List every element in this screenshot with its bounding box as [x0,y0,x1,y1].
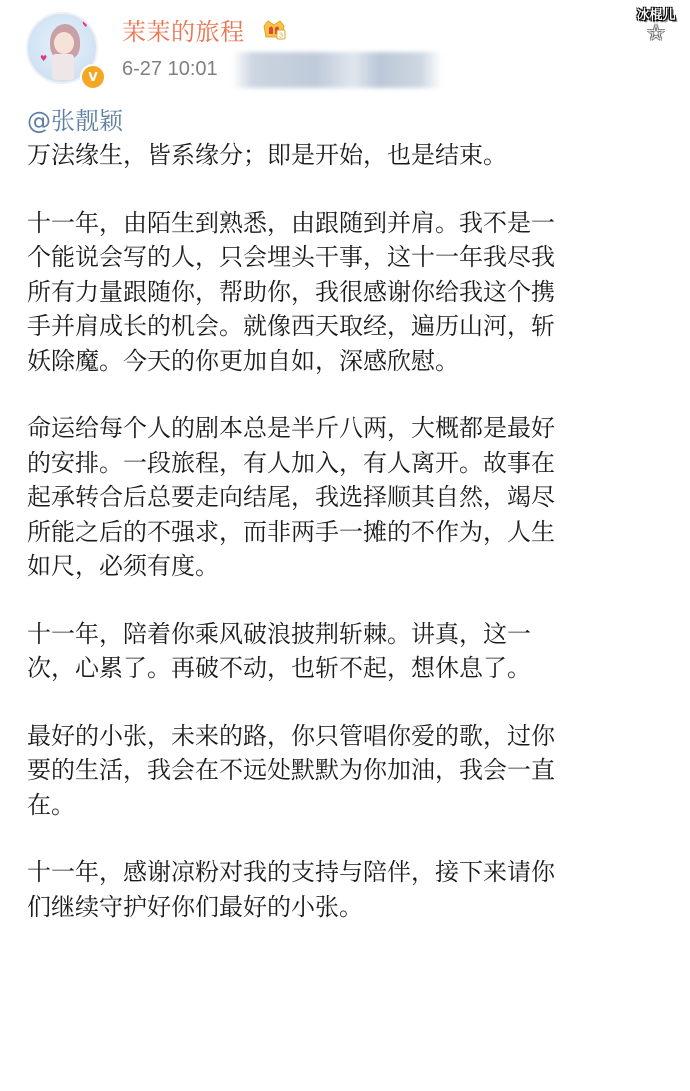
post-timestamp: 6-27 10:01 [122,58,218,81]
text-line: 在。 [27,788,667,823]
text-line: 的安排。一段旅程，有人加入，有人离开。故事在 [27,446,667,481]
text-line: 所有力量跟随你，帮助你，我很感谢你给我这个携 [27,275,667,310]
paragraph-5: 最好的小张，未来的路，你只管唱你爱的歌，过你 要的生活，我会在不远处默默为你加油… [27,719,667,823]
watermark: 冰棍儿 ☆ [628,8,684,48]
paragraph-3: 命运给每个人的剧本总是半斤八两，大概都是最好 的安排。一段旅程，有人加入，有人离… [27,411,667,584]
paragraph-1: 万法缘生，皆系缘分；即是开始，也是结束。 [27,138,667,173]
text-line: 次，心累了。再破不动，也斩不起，想休息了。 [27,651,667,686]
text-line: 起承转合后总要走向结尾，我选择顺其自然，竭尽 [27,480,667,515]
heart-icon: ♥ [82,20,89,29]
text-line: 手并肩成长的机会。就像西天取经，遍历山河，斩 [27,309,667,344]
text-line: 十一年，由陌生到熟悉，由跟随到并肩。我不是一 [27,206,667,241]
paragraph-2: 十一年，由陌生到熟悉，由跟随到并肩。我不是一 个能说会写的人，只会埋头干事，这十… [27,206,667,379]
star-outline-icon: ☆ [628,23,684,45]
post-body: @张靓颖 万法缘生，皆系缘分；即是开始，也是结束。 十一年，由陌生到熟悉，由跟随… [27,104,667,924]
text-line: 十一年，感谢凉粉对我的支持与陪伴，接下来请你 [27,855,667,890]
svg-text:3: 3 [279,33,283,40]
heart-icon: ♥ [40,54,47,63]
blurred-source-text [232,52,442,88]
paragraph-4: 十一年，陪着你乘风破浪披荆斩棘。讲真，这一 次，心累了。再破不动，也斩不起，想休… [27,617,667,686]
text-line: 最好的小张，未来的路，你只管唱你爱的歌，过你 [27,719,667,754]
text-line: 命运给每个人的剧本总是半斤八两，大概都是最好 [27,411,667,446]
text-line: 万法缘生，皆系缘分；即是开始，也是结束。 [27,138,667,173]
mention-link[interactable]: @张靓颖 [27,104,667,138]
paragraph-6: 十一年，感谢凉粉对我的支持与陪伴，接下来请你 们继续守护好你们最好的小张。 [27,855,667,924]
text-line: 们继续守护好你们最好的小张。 [27,890,667,925]
author-name[interactable]: 茉茉的旅程 [122,12,245,47]
text-line: 要的生活，我会在不远处默默为你加油，我会一直 [27,753,667,788]
author-avatar[interactable]: ♥ ♥ V [26,12,98,84]
text-line: 所能之后的不强求，而非两手一摊的不作为，人生 [27,515,667,550]
text-line: 十一年，陪着你乘风破浪披荆斩棘。讲真，这一 [27,617,667,652]
text-line: 妖除魔。今天的你更加自如，深感欣慰。 [27,344,667,379]
verified-badge-icon: V [80,64,106,90]
text-line: 个能说会写的人，只会埋头干事，这十一年我尽我 [27,240,667,275]
text-line: 如尺，必须有度。 [27,549,667,584]
crown-icon[interactable]: 3 [262,18,286,40]
post-header: ♥ ♥ V 茉茉的旅程 3 6-27 10:01 冰棍儿 ☆ [0,0,690,100]
